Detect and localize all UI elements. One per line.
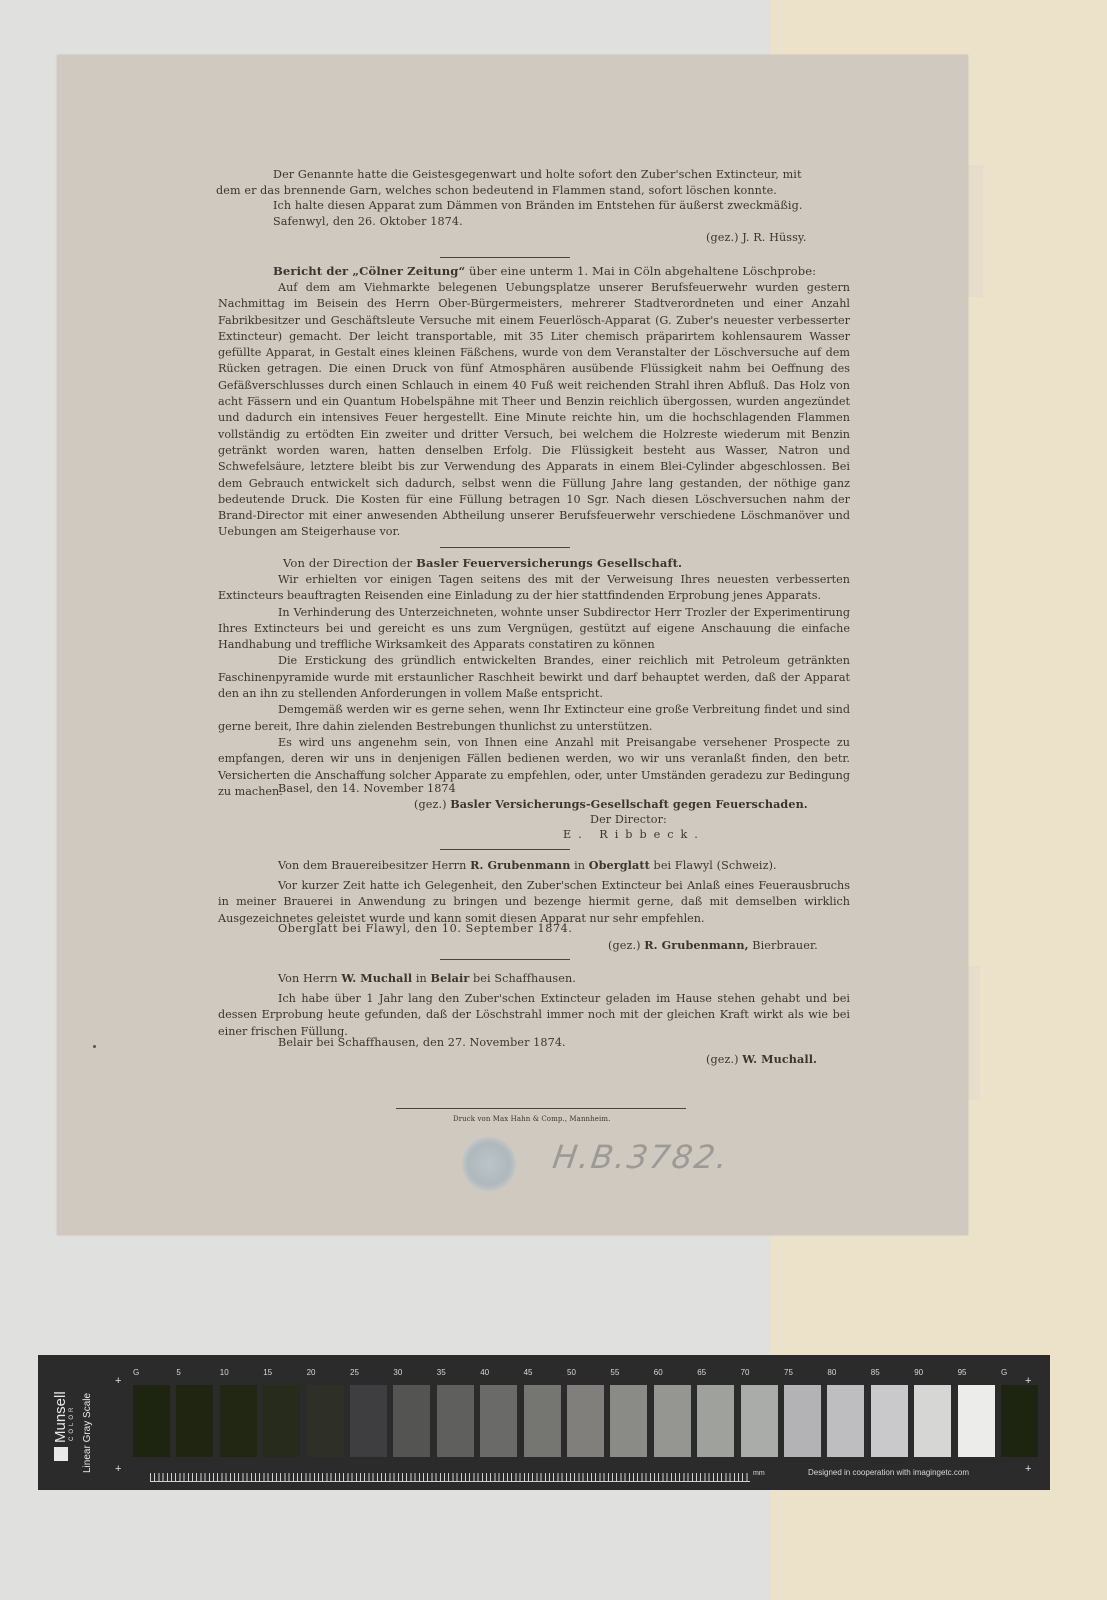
patch-label: 30 bbox=[393, 1368, 430, 1377]
patch-label: 75 bbox=[784, 1368, 821, 1377]
printer-imprint: Druck von Max Hahn & Comp., Mannheim. bbox=[453, 1111, 610, 1127]
section4-place-date: Belair bei Schaffhausen, den 27. Novembe… bbox=[278, 1035, 566, 1051]
sig-prefix: (gez.) bbox=[706, 1053, 742, 1066]
section4-body: Ich habe über 1 Jahr lang den Zuber'sche… bbox=[218, 991, 850, 1040]
patch-label: 15 bbox=[263, 1368, 300, 1377]
card-credit: Designed in cooperation with imagingetc.… bbox=[808, 1468, 969, 1477]
patch-label: 5 bbox=[176, 1368, 213, 1377]
heading-name: R. Grubenmann bbox=[470, 858, 570, 872]
gray-patch bbox=[741, 1385, 778, 1457]
section2-paragraph: Wir erhielten vor einigen Tagen seitens … bbox=[218, 572, 850, 605]
section2-paragraph: Demgemäß werden wir es gerne sehen, wenn… bbox=[218, 702, 850, 735]
gray-patch bbox=[914, 1385, 951, 1457]
patch-label: 85 bbox=[871, 1368, 908, 1377]
sig-prefix: (gez.) bbox=[414, 798, 450, 811]
section2-sig-name: E. Ribbeck. bbox=[563, 827, 705, 843]
heading-text: in bbox=[570, 859, 588, 872]
patch-label: 70 bbox=[741, 1368, 778, 1377]
gray-patch bbox=[1001, 1385, 1038, 1457]
section2-heading-bold: Basler Feuerversicherungs Gesellschaft. bbox=[416, 556, 682, 570]
section2-sig-title: Der Director: bbox=[590, 812, 667, 828]
section2-paragraph: In Verhinderung des Unterzeichneten, woh… bbox=[218, 605, 850, 654]
archive-number: H.B.3782. bbox=[550, 1138, 731, 1176]
patch-label: 95 bbox=[958, 1368, 995, 1377]
sig-prefix: (gez.) bbox=[608, 939, 644, 952]
heading-text: Von Herrn bbox=[278, 972, 341, 985]
section2-heading-pre: Von der Direction der bbox=[283, 556, 416, 570]
section4-paragraph: Ich habe über 1 Jahr lang den Zuber'sche… bbox=[218, 991, 850, 1040]
patch-label: 25 bbox=[350, 1368, 387, 1377]
section4-signature: (gez.) W. Muchall. bbox=[706, 1051, 817, 1068]
munsell-gray-scale-card: Munsell COLOR Linear Gray Scale + + + + … bbox=[38, 1355, 1050, 1490]
intro-signature: (gez.) J. R. Hüssy. bbox=[706, 230, 807, 246]
intro-place-date: Safenwyl, den 26. Oktober 1874. bbox=[273, 214, 463, 230]
section2-signature: (gez.) Basler Versicherungs-Gesellschaft… bbox=[414, 796, 808, 813]
section2-body: Wir erhielten vor einigen Tagen seitens … bbox=[218, 572, 850, 800]
heading-name: W. Muchall bbox=[341, 971, 412, 985]
patch-label: 60 bbox=[654, 1368, 691, 1377]
gray-patch bbox=[958, 1385, 995, 1457]
gray-patch bbox=[827, 1385, 864, 1457]
brand-sub: COLOR bbox=[69, 1405, 75, 1441]
section2-paragraph: Die Erstickung des gründlich entwickelte… bbox=[218, 653, 850, 702]
section1-paragraph: Auf dem am Viehmarkte belegenen Uebungsp… bbox=[218, 280, 850, 541]
patch-label: 20 bbox=[307, 1368, 344, 1377]
divider bbox=[440, 257, 570, 258]
gray-patch bbox=[350, 1385, 387, 1457]
patch-label: 35 bbox=[437, 1368, 474, 1377]
patch-label: 90 bbox=[914, 1368, 951, 1377]
gray-patch bbox=[871, 1385, 908, 1457]
gray-patch bbox=[133, 1385, 170, 1457]
section3-body: Vor kurzer Zeit hatte ich Gelegenheit, d… bbox=[218, 878, 850, 927]
gray-patch bbox=[784, 1385, 821, 1457]
heading-place: Oberglatt bbox=[589, 858, 650, 872]
patch-label: G bbox=[1001, 1368, 1038, 1377]
ink-speck bbox=[93, 1045, 96, 1048]
sig-suffix: Bierbrauer. bbox=[749, 939, 818, 952]
section1-heading-bold: Bericht der „Cölner Zeitung“ bbox=[273, 264, 465, 278]
gray-patch bbox=[220, 1385, 257, 1457]
section3-paragraph: Vor kurzer Zeit hatte ich Gelegenheit, d… bbox=[218, 878, 850, 927]
gray-patch bbox=[437, 1385, 474, 1457]
patch-label: G bbox=[133, 1368, 170, 1377]
mm-ruler bbox=[150, 1473, 750, 1482]
heading-place: Belair bbox=[431, 971, 470, 985]
gray-patch bbox=[176, 1385, 213, 1457]
heading-text: in bbox=[412, 972, 430, 985]
section1-heading: Bericht der „Cölner Zeitung“ über eine u… bbox=[273, 263, 816, 279]
sig-name: W. Muchall. bbox=[742, 1052, 817, 1066]
gray-patch bbox=[567, 1385, 604, 1457]
intro-line-2: dem er das brennende Garn, welches schon… bbox=[216, 183, 777, 199]
card-brand: Munsell COLOR Linear Gray Scale bbox=[38, 1355, 123, 1490]
divider bbox=[440, 849, 570, 850]
divider bbox=[440, 547, 570, 548]
section1-heading-rest: über eine unterm 1. Mai in Cöln abgehalt… bbox=[465, 264, 816, 278]
registration-mark: + bbox=[115, 1463, 121, 1475]
gray-patch bbox=[263, 1385, 300, 1457]
intro-line-3: Ich halte diesen Apparat zum Dämmen von … bbox=[273, 198, 803, 214]
gray-patch bbox=[307, 1385, 344, 1457]
patch-label: 80 bbox=[827, 1368, 864, 1377]
heading-text: bei Flawyl (Schweiz). bbox=[650, 859, 777, 872]
patch-label: 55 bbox=[610, 1368, 647, 1377]
section2-heading: Von der Direction der Basler Feuerversic… bbox=[283, 555, 682, 571]
gray-patch bbox=[697, 1385, 734, 1457]
patch-label: 10 bbox=[220, 1368, 257, 1377]
patch-label: 40 bbox=[480, 1368, 517, 1377]
section2-place-date: Basel, den 14. November 1874 bbox=[278, 781, 456, 797]
ruler-unit: mm bbox=[753, 1470, 765, 1477]
section4-heading: Von Herrn W. Muchall in Belair bei Schaf… bbox=[278, 970, 576, 987]
gray-patch bbox=[393, 1385, 430, 1457]
registration-mark: + bbox=[1025, 1463, 1031, 1475]
munsell-logo-icon bbox=[54, 1447, 68, 1461]
section1-body: Auf dem am Viehmarkte belegenen Uebungsp… bbox=[218, 280, 850, 541]
gray-patch bbox=[480, 1385, 517, 1457]
gray-patch bbox=[610, 1385, 647, 1457]
brand-name: Munsell bbox=[52, 1391, 69, 1443]
registration-mark: + bbox=[115, 1375, 121, 1387]
intro-line-1: Der Genannte hatte die Geistesgegenwart … bbox=[273, 167, 802, 183]
gray-patch bbox=[524, 1385, 561, 1457]
gray-patch bbox=[654, 1385, 691, 1457]
patch-label: 65 bbox=[697, 1368, 734, 1377]
section3-signature: (gez.) R. Grubenmann, Bierbrauer. bbox=[608, 937, 818, 954]
patch-label: 45 bbox=[524, 1368, 561, 1377]
heading-text: bei Schaffhausen. bbox=[469, 972, 576, 985]
heading-text: Von dem Brauereibesitzer Herrn bbox=[278, 859, 470, 872]
scale-title: Linear Gray Scale bbox=[82, 1393, 93, 1473]
sig-name: R. Grubenmann, bbox=[644, 938, 748, 952]
sig-organization: Basler Versicherungs-Gesellschaft gegen … bbox=[450, 797, 808, 811]
section3-place-date: Oberglatt bei Flawyl, den 10. September … bbox=[278, 921, 573, 937]
library-stamp bbox=[462, 1137, 516, 1191]
printer-rule bbox=[396, 1108, 686, 1109]
section3-heading: Von dem Brauereibesitzer Herrn R. Gruben… bbox=[278, 857, 777, 874]
patch-label: 50 bbox=[567, 1368, 604, 1377]
divider bbox=[440, 959, 570, 960]
